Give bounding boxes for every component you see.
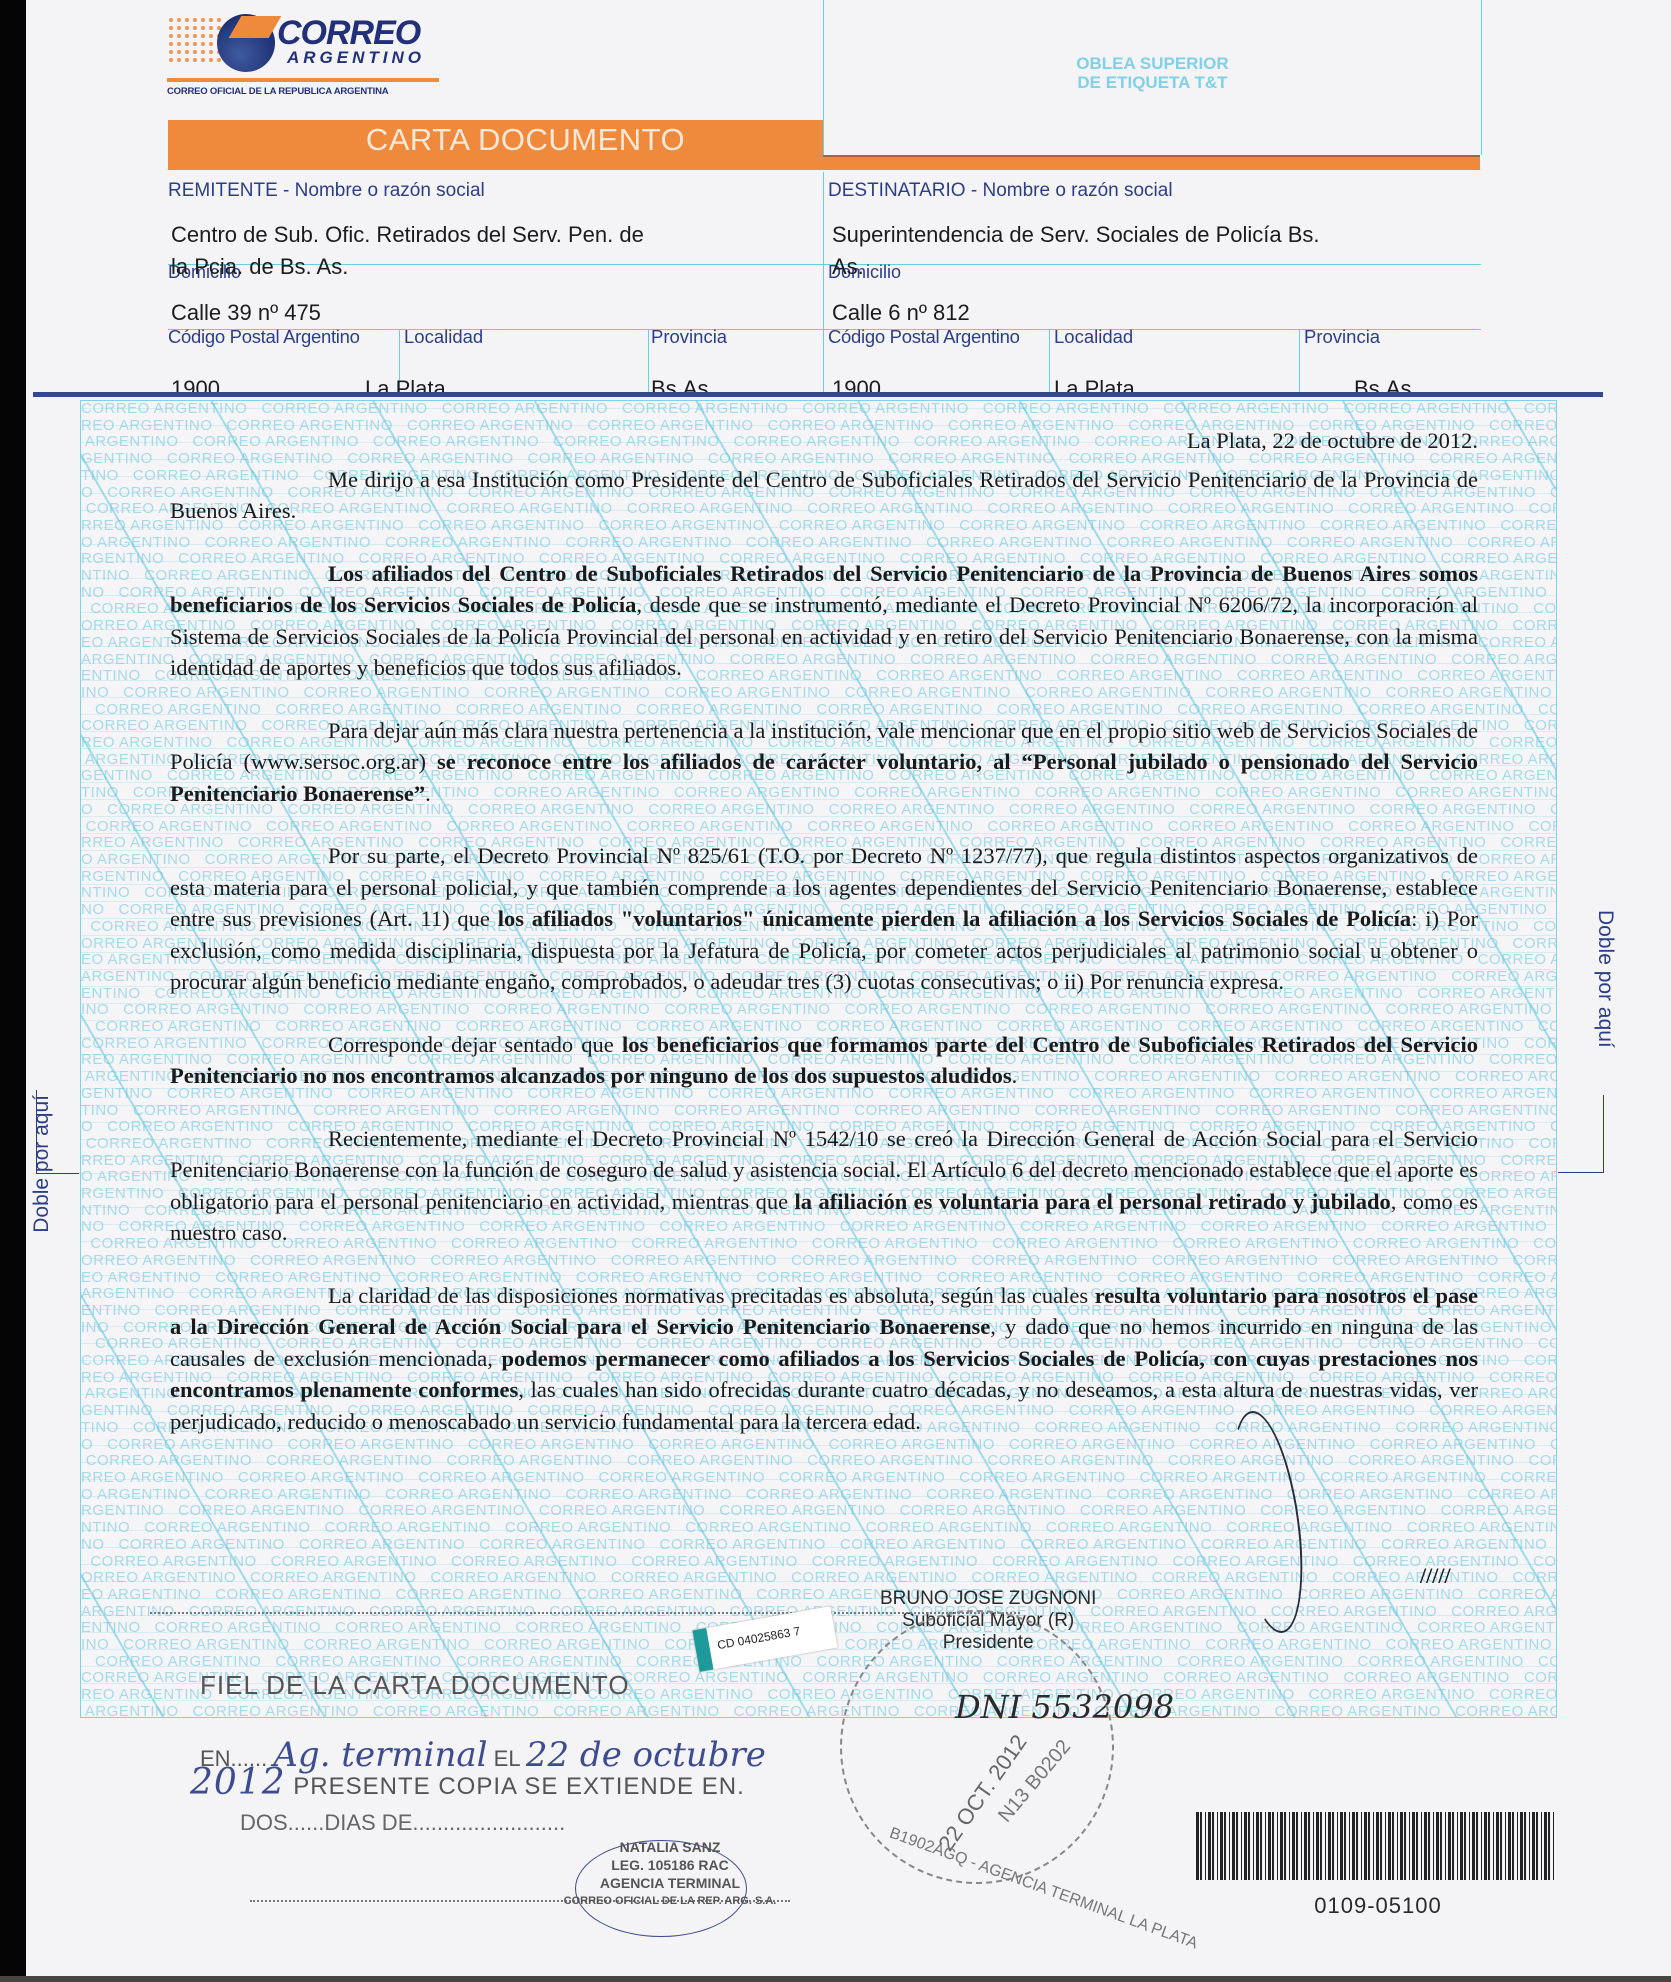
remitente-section: REMITENTE - Nombre o razón social Centro… (168, 172, 823, 394)
letter-paragraph: Recientemente, mediante el Decreto Provi… (170, 1123, 1478, 1249)
document-title: CARTA DOCUMENTO (168, 122, 823, 158)
remitente-localidad: La Plata (365, 376, 446, 402)
signer-name: BRUNO JOSE ZUGNONI (880, 1588, 1096, 1610)
fold-text-right: Doble por aquí (1593, 910, 1617, 1048)
destinatario-domicilio: Calle 6 nº 812 (832, 300, 970, 326)
remitente-cp-label: Código Postal Argentino (168, 326, 360, 348)
letter-paragraph: Por su parte, el Decreto Provincial Nº 8… (170, 840, 1478, 998)
scan-edge-left (0, 0, 26, 1982)
certification-stamp-line1: FIEL DE LA CARTA DOCUMENTO (200, 1670, 630, 1701)
barcode (1196, 1812, 1560, 1880)
agent-office: AGENCIA TERMINAL (560, 1874, 780, 1892)
divider (1299, 330, 1300, 394)
oblea-label-box: OBLEA SUPERIOR DE ETIQUETA T&T (823, 0, 1482, 155)
oblea-line-2: DE ETIQUETA T&T (824, 73, 1481, 92)
destinatario-name: Superintendencia de Serv. Sociales de Po… (832, 222, 1320, 248)
destinatario-section: DESTINATARIO - Nombre o razón social Sup… (823, 172, 1481, 394)
body-text: . (425, 781, 431, 806)
logo-divider (167, 78, 439, 82)
fold-bracket-right (1558, 1095, 1604, 1173)
scan-edge-bottom (0, 1976, 1671, 1982)
destinatario-provincia-label: Provincia (1304, 326, 1380, 348)
body-text: La claridad de las disposiciones normati… (328, 1283, 1095, 1308)
remitente-label: REMITENTE - Nombre o razón social (168, 180, 485, 202)
destinatario-cp: 1900 (832, 376, 881, 402)
end-mark: ///// (1420, 1563, 1451, 1589)
letter-paragraph: Me dirijo a esa Institución como Preside… (170, 464, 1478, 527)
certification-stamp-line4: DOS......DIAS DE........................… (240, 1810, 565, 1836)
tracking-number: CD 04025863 7 (716, 1624, 801, 1652)
agent-company: CORREO OFICIAL DE LA REP. ARG. S.A. (560, 1892, 780, 1910)
divider (648, 330, 649, 394)
destinatario-label: DESTINATARIO - Nombre o razón social (828, 180, 1173, 202)
remitente-name: Centro de Sub. Ofic. Retirados del Serv.… (171, 222, 644, 248)
emphasized-text: los afiliados "voluntarios" únicamente p… (498, 906, 1411, 931)
title-band-extension (823, 155, 1480, 170)
destinatario-cp-label: Código Postal Argentino (828, 326, 1020, 348)
body-text: Corresponde dejar sentado que (328, 1032, 622, 1057)
fold-bracket-left (36, 1090, 79, 1174)
fold-mark-left: Doble por aquí (30, 895, 60, 1095)
remitente-provincia: Bs.As. (651, 376, 715, 402)
logo-tagline: CORREO OFICIAL DE LA REPUBLICA ARGENTINA (167, 86, 388, 97)
stamp-text: PRESENTE COPIA SE EXTIENDE EN. (293, 1773, 744, 1800)
remitente-cp: 1900 (171, 376, 220, 402)
destinatario-provincia: Bs.As. (1354, 376, 1418, 402)
fold-rule (33, 392, 1603, 397)
letter-paragraphs: Me dirijo a esa Institución como Preside… (170, 464, 1478, 1438)
dotted-rule (150, 1612, 1020, 1614)
letter-paragraph: Los afiliados del Centro de Suboficiales… (170, 558, 1478, 684)
destinatario-localidad: La Plata (1054, 376, 1135, 402)
destinatario-localidad-label: Localidad (1054, 326, 1133, 348)
agent-legajo: LEG. 105186 RAC (560, 1856, 780, 1874)
correo-argentino-logo: CORREO ARGENTINO CORREO OFICIAL DE LA RE… (167, 8, 447, 94)
divider (1049, 330, 1050, 394)
letter-body: La Plata, 22 de octubre de 2012. Me diri… (170, 425, 1478, 1468)
body-text: Me dirijo a esa Institución como Preside… (170, 467, 1478, 524)
letter-paragraph: Corresponde dejar sentado que los benefi… (170, 1029, 1478, 1092)
remitente-domicilio: Calle 39 nº 475 (171, 300, 321, 326)
divider (824, 264, 1481, 265)
logo-wordmark-sub: ARGENTINO (287, 48, 425, 68)
remitente-provincia-label: Provincia (651, 326, 727, 348)
letter-paragraph: Para dejar aún más clara nuestra pertene… (170, 715, 1478, 810)
handwritten-year: 2012 (190, 1762, 286, 1803)
agent-stamp: NATALIA SANZ LEG. 105186 RAC AGENCIA TER… (560, 1838, 780, 1910)
remitente-localidad-label: Localidad (404, 326, 483, 348)
barcode-number: 0109-05100 (1196, 1893, 1560, 1919)
letter-paragraph: La claridad de las disposiciones normati… (170, 1280, 1478, 1438)
agent-name: NATALIA SANZ (560, 1838, 780, 1856)
remitente-name-line2: la Pcia. de Bs. As. (171, 254, 348, 280)
oblea-line-1: OBLEA SUPERIOR (824, 54, 1481, 73)
address-form: REMITENTE - Nombre o razón social Centro… (168, 172, 1480, 394)
body-text: . (1012, 1063, 1018, 1088)
letter-date: La Plata, 22 de octubre de 2012. (170, 425, 1478, 457)
destinatario-name-line2: As. (832, 254, 864, 280)
emphasized-text: la afiliación es voluntaria para el pers… (795, 1189, 1391, 1214)
certification-stamp-line3: 2012 PRESENTE COPIA SE EXTIENDE EN. (190, 1762, 745, 1803)
oblea-label-text: OBLEA SUPERIOR DE ETIQUETA T&T (824, 54, 1481, 92)
